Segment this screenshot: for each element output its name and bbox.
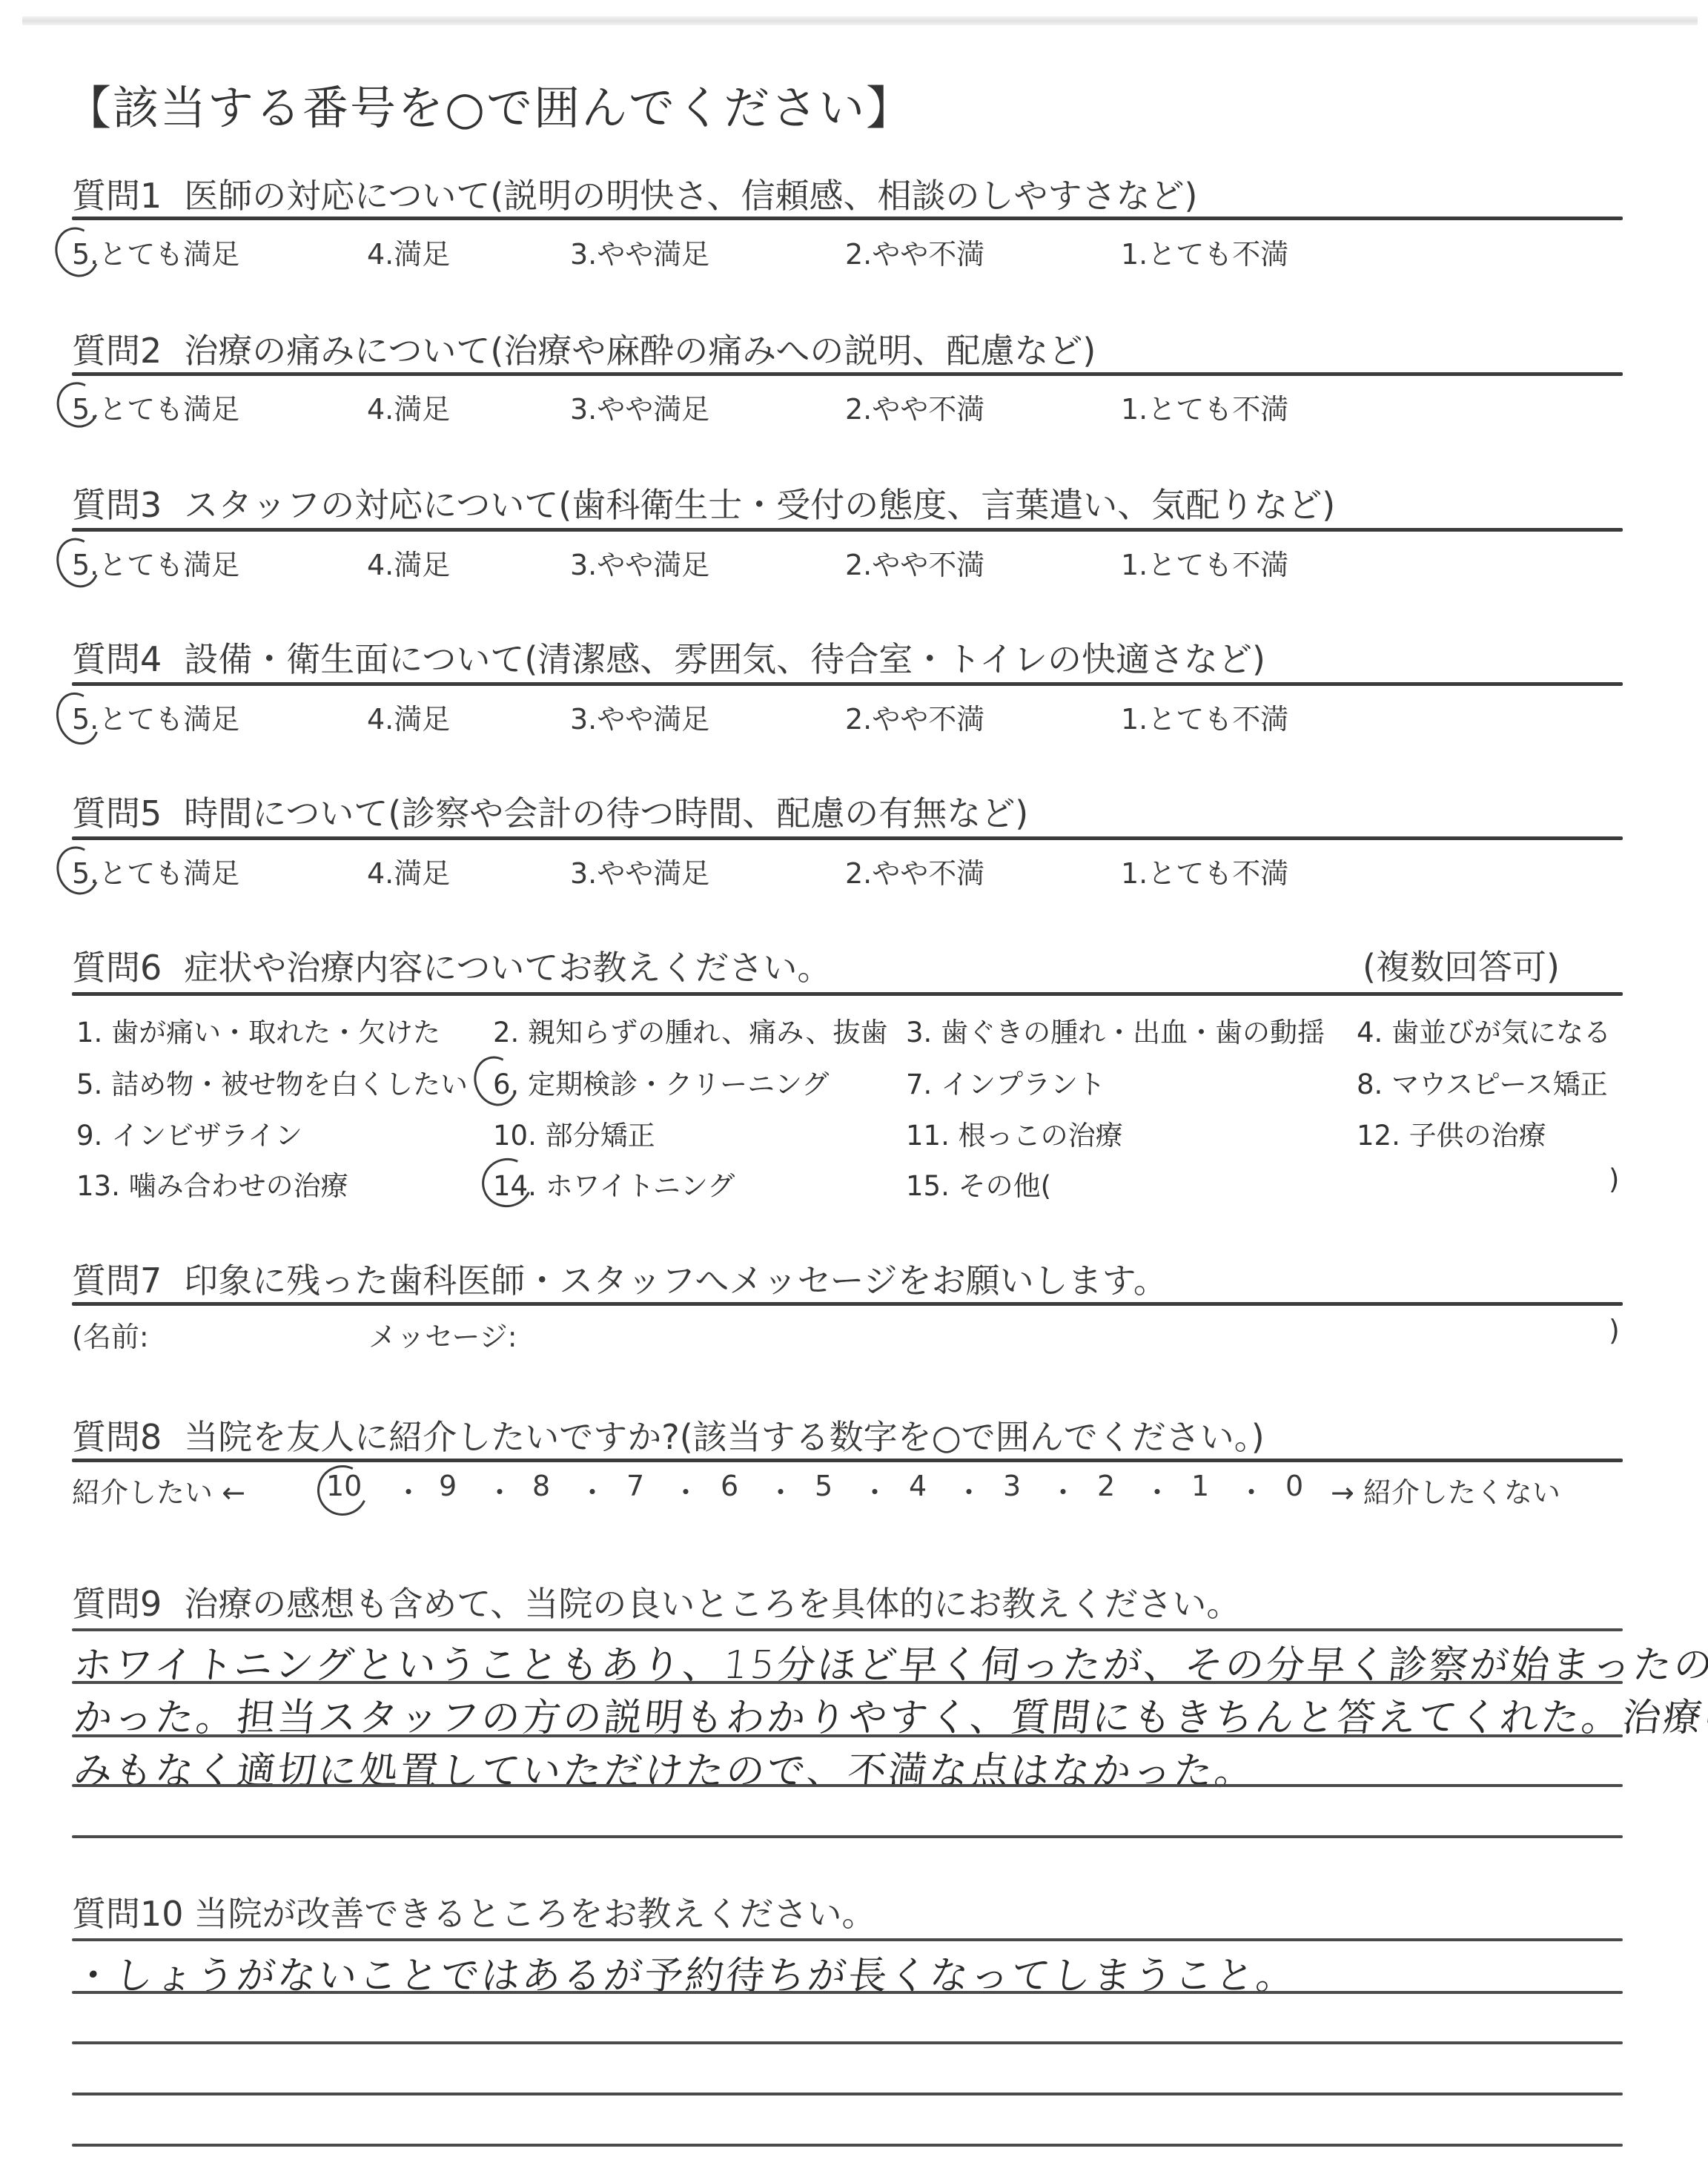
q6-option-13[interactable]: 13. 噛み合わせの治療 xyxy=(76,1163,348,1203)
multiple-answers-note: (複数回答可) xyxy=(1363,940,1560,989)
q6-option-15-other[interactable]: 15. その他( xyxy=(906,1163,1051,1203)
separator: ・ xyxy=(955,1470,983,1510)
option-2[interactable]: 2.やや不満 xyxy=(845,386,984,427)
separator: ・ xyxy=(1143,1470,1171,1510)
answer-line xyxy=(72,1784,1623,1787)
question-number: 質問4 xyxy=(72,639,162,679)
score-4[interactable]: 4 xyxy=(909,1470,927,1502)
question-8-heading: 質問8当院を友人に紹介したいですか?(該当する数字を○で囲んでください。) xyxy=(72,1410,1265,1459)
divider xyxy=(72,372,1623,376)
answer-line xyxy=(72,1628,1623,1631)
close-paren: ) xyxy=(1609,1163,1619,1195)
answer-line xyxy=(72,2041,1623,2044)
score-9[interactable]: 9 xyxy=(439,1470,457,1502)
not-recommend-label: → 紹介したくない xyxy=(1331,1470,1560,1510)
question-7-heading: 質問7印象に残った歯科医師・スタッフへメッセージをお願いします。 xyxy=(72,1254,1168,1303)
score-5[interactable]: 5 xyxy=(815,1470,833,1502)
option-4[interactable]: 4.満足 xyxy=(367,851,450,891)
option-4[interactable]: 4.満足 xyxy=(367,231,450,272)
separator: ・ xyxy=(394,1470,423,1510)
question-text: スタッフの対応について(歯科衛生士・受付の態度、言葉遣い、気配りなど) xyxy=(184,485,1335,525)
q6-option-1[interactable]: 1. 歯が痛い・取れた・欠けた xyxy=(76,1010,440,1050)
question-text: 当院が改善できるところをお教えください。 xyxy=(194,1894,876,1934)
divider xyxy=(72,682,1623,686)
separator: ・ xyxy=(1237,1470,1265,1510)
score-1[interactable]: 1 xyxy=(1191,1470,1209,1502)
question-text: 症状や治療内容についてお教えください。 xyxy=(184,948,831,988)
question-number: 質問2 xyxy=(72,331,162,371)
option-5[interactable]: 5.とても満足 xyxy=(72,386,239,427)
q6-option-8[interactable]: 8. マウスピース矯正 xyxy=(1357,1062,1608,1102)
message-label: メッセージ: xyxy=(368,1314,517,1355)
name-label: (名前: xyxy=(72,1314,149,1355)
q6-option-5[interactable]: 5. 詰め物・被せ物を白くしたい xyxy=(76,1062,468,1102)
q6-option-6[interactable]: 6. 定期検診・クリーニング xyxy=(493,1062,829,1102)
question-number: 質問5 xyxy=(72,793,162,833)
divider xyxy=(72,1302,1623,1306)
option-3[interactable]: 3.やや満足 xyxy=(570,542,709,583)
question-text: 設備・衛生面について(清潔感、雰囲気、待合室・トイレの快適さなど) xyxy=(184,639,1265,679)
answer-line xyxy=(72,1734,1623,1737)
option-1[interactable]: 1.とても不満 xyxy=(1121,542,1288,583)
question-text: 医師の対応について(説明の明快さ、信頼感、相談のしやすさなど) xyxy=(184,176,1197,216)
score-0[interactable]: 0 xyxy=(1285,1470,1303,1502)
question-number: 質問3 xyxy=(72,485,162,525)
separator: ・ xyxy=(672,1470,700,1510)
answer-line xyxy=(72,2144,1623,2147)
score-6[interactable]: 6 xyxy=(721,1470,738,1502)
divider xyxy=(72,217,1623,220)
score-3[interactable]: 3 xyxy=(1003,1470,1021,1502)
separator: ・ xyxy=(1049,1470,1077,1510)
option-4[interactable]: 4.満足 xyxy=(367,696,450,737)
q9-answer-line-2[interactable]: かった。担当スタッフの方の説明もわかりやすく、質問にもきちんと答えてくれた。治療… xyxy=(71,1686,1708,1742)
option-1[interactable]: 1.とても不満 xyxy=(1121,386,1288,427)
q6-option-14[interactable]: 14. ホワイトニング xyxy=(493,1163,735,1203)
divider xyxy=(72,528,1623,532)
option-2[interactable]: 2.やや不満 xyxy=(845,231,984,272)
answer-line xyxy=(72,1938,1623,1941)
option-3[interactable]: 3.やや満足 xyxy=(570,386,709,427)
q6-option-4[interactable]: 4. 歯並びが気になる xyxy=(1357,1010,1611,1050)
q6-option-2[interactable]: 2. 親知らずの腫れ、痛み、抜歯 xyxy=(493,1010,888,1050)
page-title: 【該当する番号を○で囲んでください】 xyxy=(65,71,913,137)
option-1[interactable]: 1.とても不満 xyxy=(1121,851,1288,891)
answer-line xyxy=(72,1991,1623,1994)
question-9-heading: 質問9治療の感想も含めて、当院の良いところを具体的にお教えください。 xyxy=(72,1577,1240,1626)
question-text: 治療の痛みについて(治療や麻酔の痛みへの説明、配慮など) xyxy=(184,331,1096,371)
divider xyxy=(72,992,1623,996)
question-text: 当院を友人に紹介したいですか?(該当する数字を○で囲んでください。) xyxy=(184,1417,1264,1457)
score-10[interactable]: 10 xyxy=(326,1470,362,1502)
option-5[interactable]: 5.とても満足 xyxy=(72,231,239,272)
option-5[interactable]: 5.とても満足 xyxy=(72,696,239,737)
question-number: 質問8 xyxy=(72,1417,162,1457)
option-5[interactable]: 5.とても満足 xyxy=(72,542,239,583)
question-number: 質問1 xyxy=(72,176,162,216)
option-4[interactable]: 4.満足 xyxy=(367,542,450,583)
answer-line xyxy=(72,1681,1623,1684)
question-4-heading: 質問4設備・衛生面について(清潔感、雰囲気、待合室・トイレの快適さなど) xyxy=(72,633,1265,681)
score-8[interactable]: 8 xyxy=(532,1470,550,1502)
option-1[interactable]: 1.とても不満 xyxy=(1121,231,1288,272)
q6-option-10[interactable]: 10. 部分矯正 xyxy=(493,1113,655,1153)
option-1[interactable]: 1.とても不満 xyxy=(1121,696,1288,737)
question-2-heading: 質問2治療の痛みについて(治療や麻酔の痛みへの説明、配慮など) xyxy=(72,324,1096,373)
separator: ・ xyxy=(861,1470,889,1510)
q6-option-12[interactable]: 12. 子供の治療 xyxy=(1357,1113,1546,1153)
close-paren: ) xyxy=(1609,1314,1620,1347)
question-6-heading: 質問6症状や治療内容についてお教えください。 xyxy=(72,941,831,990)
option-3[interactable]: 3.やや満足 xyxy=(570,851,709,891)
separator: ・ xyxy=(767,1470,795,1510)
answer-line xyxy=(72,2093,1623,2095)
question-number: 質問6 xyxy=(72,948,162,988)
option-2[interactable]: 2.やや不満 xyxy=(845,542,984,583)
option-2[interactable]: 2.やや不満 xyxy=(845,851,984,891)
option-3[interactable]: 3.やや満足 xyxy=(570,231,709,272)
question-text: 時間について(診察や会計の待つ時間、配慮の有無など) xyxy=(184,793,1028,833)
question-text: 印象に残った歯科医師・スタッフへメッセージをお願いします。 xyxy=(184,1261,1168,1301)
score-7[interactable]: 7 xyxy=(626,1470,644,1502)
score-2[interactable]: 2 xyxy=(1097,1470,1115,1502)
separator: ・ xyxy=(486,1470,514,1510)
divider xyxy=(72,1459,1623,1462)
scan-edge xyxy=(22,16,1698,25)
question-5-heading: 質問5時間について(診察や会計の待つ時間、配慮の有無など) xyxy=(72,787,1028,836)
q6-option-7[interactable]: 7. インプラント xyxy=(906,1062,1105,1102)
q6-option-11[interactable]: 11. 根っこの治療 xyxy=(906,1113,1123,1153)
option-3[interactable]: 3.やや満足 xyxy=(570,696,709,737)
option-4[interactable]: 4.満足 xyxy=(367,386,450,427)
separator: ・ xyxy=(578,1470,606,1510)
name-field[interactable] xyxy=(222,1314,356,1347)
option-2[interactable]: 2.やや不満 xyxy=(845,696,984,737)
question-number: 質問10 xyxy=(72,1894,184,1934)
message-field[interactable] xyxy=(563,1314,1586,1347)
question-10-heading: 質問10当院が改善できるところをお教えください。 xyxy=(72,1887,876,1936)
option-5[interactable]: 5.とても満足 xyxy=(72,851,239,891)
answer-line xyxy=(72,1835,1623,1838)
question-1-heading: 質問1医師の対応について(説明の明快さ、信頼感、相談のしやすさなど) xyxy=(72,169,1197,218)
question-text: 治療の感想も含めて、当院の良いところを具体的にお教えください。 xyxy=(184,1584,1240,1624)
question-number: 質問9 xyxy=(72,1584,162,1624)
question-number: 質問7 xyxy=(72,1261,162,1301)
recommend-label: 紹介したい ← xyxy=(72,1470,245,1510)
divider xyxy=(72,836,1623,840)
q6-option-3[interactable]: 3. 歯ぐきの腫れ・出血・歯の動揺 xyxy=(906,1010,1325,1050)
q6-option-9[interactable]: 9. インビザライン xyxy=(76,1113,302,1153)
question-3-heading: 質問3スタッフの対応について(歯科衛生士・受付の態度、言葉遣い、気配りなど) xyxy=(72,478,1335,527)
